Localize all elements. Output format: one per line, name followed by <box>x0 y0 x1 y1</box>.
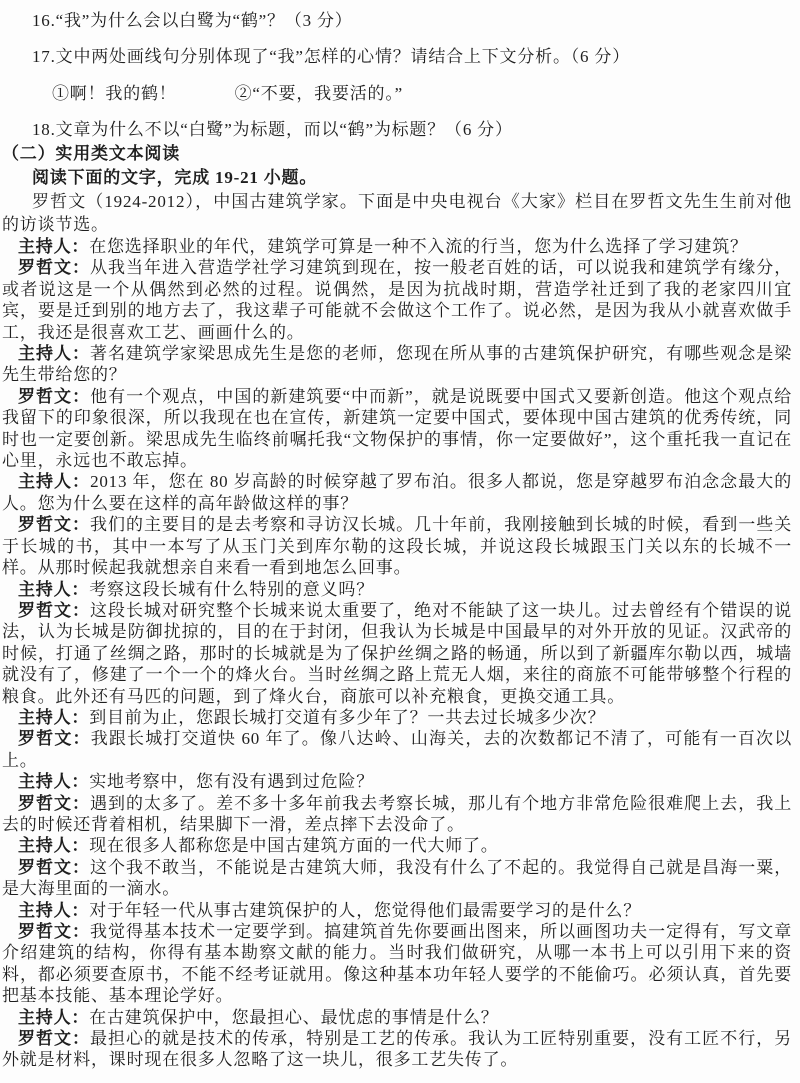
dialog-line: 罗哲文：最担心的就是技术的传承，特别是工艺的传承。我认为工匠特别重要，没有工匠不… <box>2 1028 792 1071</box>
speaker-label: 罗哲文： <box>18 729 91 748</box>
question-17-marked-sentences: ①啊！我的鹤！②“不要，我要活的。” <box>2 82 792 106</box>
speaker-label: 主持人： <box>18 580 89 599</box>
dialog-text: 考察这段长城有什么特别的意义吗？ <box>89 580 374 599</box>
speaker-label: 罗哲文： <box>18 515 90 534</box>
marked-sentence-2: ②“不要，我要活的。” <box>235 84 403 103</box>
dialog-line: 主持人：2013 年，您在 80 岁高龄的时候穿越了罗布泊。很多人都说，您是穿越… <box>2 471 792 514</box>
dialog-text: 实地考察中，您有没有遇到过危险？ <box>89 772 374 791</box>
speaker-label: 主持人： <box>18 1008 89 1027</box>
dialog-line: 罗哲文：我们的主要目的是去考察和寻访汉长城。几十年前，我刚接触到长城的时候，看到… <box>2 514 792 578</box>
dialog-line: 罗哲文：从我当年进入营造学社学习建筑到现在，按一般老百姓的话，可以说我和建筑学有… <box>2 257 792 343</box>
dialog-text: 到目前为止，您跟长城打交道有多少年了？一共去过长城多少次？ <box>89 708 605 727</box>
speaker-label: 主持人： <box>18 472 90 491</box>
dialog-text: 我们的主要目的是去考察和寻访汉长城。几十年前，我刚接触到长城的时候，看到一些关于… <box>2 515 792 577</box>
section-heading: （二）实用类文本阅读 <box>2 142 792 166</box>
dialog-line: 罗哲文：遇到的太多了。差不多十多年前我去考察长城，那儿有个地方非常危险很难爬上去… <box>2 793 792 836</box>
marked-sentence-1: ①啊！我的鹤！ <box>52 84 177 103</box>
speaker-label: 主持人： <box>18 344 90 363</box>
speaker-label: 罗哲文： <box>18 794 90 813</box>
dialog-line: 主持人：考察这段长城有什么特别的意义吗？ <box>2 579 792 600</box>
speaker-label: 罗哲文： <box>18 922 90 941</box>
question-16: 16.“我”为什么会以白鹭为“鹤”？（3 分） <box>2 9 792 33</box>
dialog-text: 我觉得基本技术一定要学到。搞建筑首先你要画出图来，所以画图功夫一定得有，写文章介… <box>2 922 792 1005</box>
dialog-line: 罗哲文：我觉得基本技术一定要学到。搞建筑首先你要画出图来，所以画图功夫一定得有，… <box>2 921 792 1007</box>
speaker-label: 罗哲文： <box>18 601 90 620</box>
question-17: 17.文中两处画线句分别体现了“我”怎样的心情？请结合上下文分析。（6 分） <box>2 45 792 69</box>
dialog-text: 对于年轻一代从事古建筑保护的人，您觉得他们最需要学习的是什么？ <box>89 901 641 920</box>
dialog-text: 现在很多人都称您是中国古建筑方面的一代大师了。 <box>89 836 498 855</box>
dialog-text: 这段长城对研究整个长城来说太重要了，绝对不能缺了这一块儿。过去曾经有个错误的说法… <box>2 601 792 706</box>
dialog-line: 主持人：在古建筑保护中，您最担心、最忧虑的事情是什么？ <box>2 1007 792 1028</box>
dialog-text: 2013 年，您在 80 岁高龄的时候穿越了罗布泊。很多人都说，您是穿越罗布泊念… <box>2 472 792 512</box>
dialog-text: 在您选择职业的年代，建筑学可算是一种不入流的行当，您为什么选择了学习建筑？ <box>89 237 748 256</box>
dialog-line: 主持人：著名建筑学家梁思成先生是您的老师，您现在所从事的古建筑保护研究，有哪些观… <box>2 343 792 386</box>
dialog-text: 在古建筑保护中，您最担心、最忧虑的事情是什么？ <box>89 1008 498 1027</box>
dialog-line: 罗哲文：这段长城对研究整个长城来说太重要了，绝对不能缺了这一块儿。过去曾经有个错… <box>2 600 792 707</box>
speaker-label: 主持人： <box>18 772 89 791</box>
dialog-line: 罗哲文：他有一个观点，中国的新建筑要“中而新”，就是说既要中国式又要新创造。他这… <box>2 386 792 472</box>
dialog-text: 这个我不敢当，不能说是古建筑大师，我没有什么了不起的。我觉得自己就是昌海一粟，是… <box>2 858 792 898</box>
dialog-text: 最担心的就是技术的传承，特别是工艺的传承。我认为工匠特别重要，没有工匠不行，另外… <box>2 1029 792 1069</box>
dialog-line: 主持人：实地考察中，您有没有遇到过危险？ <box>2 771 792 792</box>
dialog-line: 罗哲文：这个我不敢当，不能说是古建筑大师，我没有什么了不起的。我觉得自己就是昌海… <box>2 857 792 900</box>
dialog-text: 他有一个观点，中国的新建筑要“中而新”，就是说既要中国式又要新创造。他这个观点给… <box>2 387 792 470</box>
dialog-line: 主持人：现在很多人都称您是中国古建筑方面的一代大师了。 <box>2 835 792 856</box>
exam-page: 16.“我”为什么会以白鹭为“鹤”？（3 分） 17.文中两处画线句分别体现了“… <box>0 0 800 1083</box>
dialog-text: 遇到的太多了。差不多十多年前我去考察长城，那儿有个地方非常危险很难爬上去，我上去… <box>2 794 792 834</box>
speaker-label: 罗哲文： <box>18 858 90 877</box>
dialog-text: 从我当年进入营造学社学习建筑到现在，按一般老百姓的话，可以说我和建筑学有缘分，或… <box>2 258 792 341</box>
dialog-line: 主持人：在您选择职业的年代，建筑学可算是一种不入流的行当，您为什么选择了学习建筑… <box>2 236 792 257</box>
dialog-text: 我跟长城打交道快 60 年了。像八达岭、山海关，去的次数都记不清了，可能有一百次… <box>2 729 792 769</box>
dialog-text: 著名建筑学家梁思成先生是您的老师，您现在所从事的古建筑保护研究，有哪些观念是梁先… <box>2 344 792 384</box>
dialog-line: 主持人：到目前为止，您跟长城打交道有多少年了？一共去过长城多少次？ <box>2 707 792 728</box>
speaker-label: 主持人： <box>18 836 89 855</box>
speaker-label: 主持人： <box>18 237 89 256</box>
speaker-label: 主持人： <box>18 708 89 727</box>
speaker-label: 罗哲文： <box>18 387 90 406</box>
dialog-line: 罗哲文：我跟长城打交道快 60 年了。像八达岭、山海关，去的次数都记不清了，可能… <box>2 728 792 771</box>
speaker-label: 主持人： <box>18 901 89 920</box>
speaker-label: 罗哲文： <box>18 258 90 277</box>
speaker-label: 罗哲文： <box>18 1029 90 1048</box>
question-18: 18.文章为什么不以“白鹭”为标题，而以“鹤”为标题？（6 分） <box>2 118 792 142</box>
dialog-line: 主持人：对于年轻一代从事古建筑保护的人，您觉得他们最需要学习的是什么？ <box>2 900 792 921</box>
passage-intro: 罗哲文（1924-2012），中国古建筑学家。下面是中央电视台《大家》栏目在罗哲… <box>2 190 792 236</box>
reading-instruction: 阅读下面的文字，完成 19-21 小题。 <box>2 166 792 190</box>
